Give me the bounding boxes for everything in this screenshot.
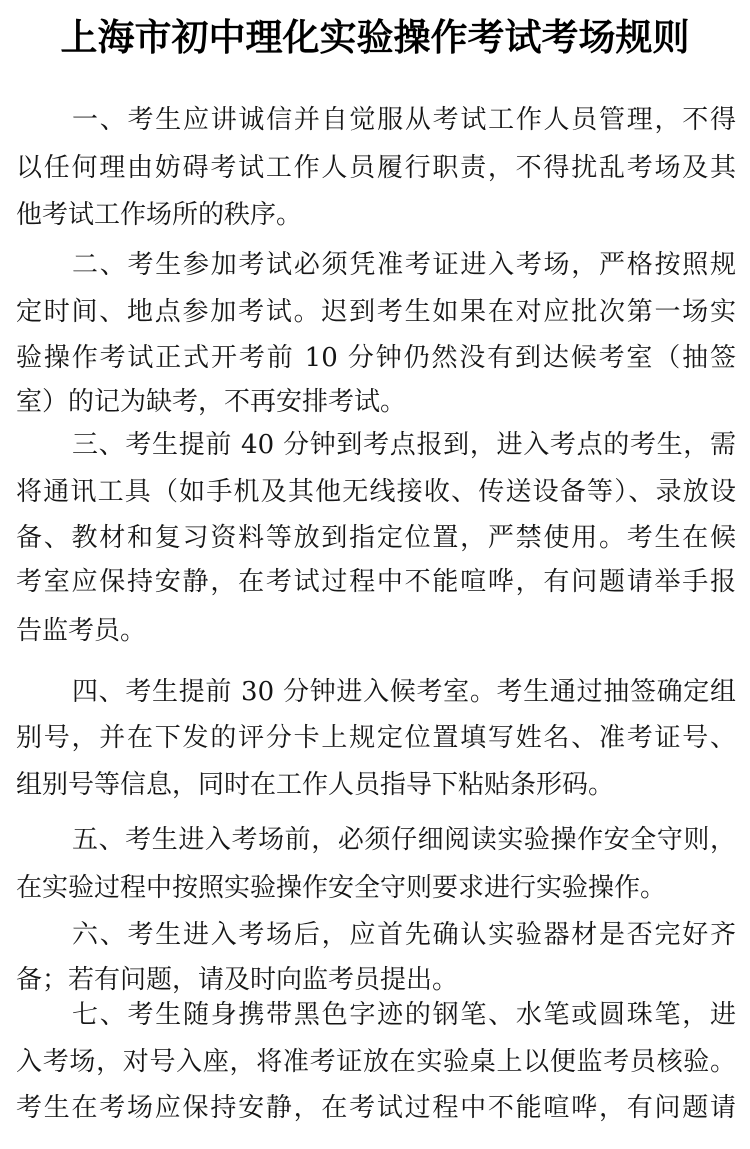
paragraph-3-line-5: 告监考员。 bbox=[16, 611, 736, 651]
paragraph-6-line-1: 六、考生进入考场后，应首先确认实验器材是否完好齐 bbox=[72, 915, 736, 955]
paragraph-5-line-1: 五、考生进入考场前，必须仔细阅读实验操作安全守则， bbox=[72, 820, 736, 860]
paragraph-2-line-1: 二、考生参加考试必须凭准考证进入考场，严格按照规 bbox=[72, 245, 736, 285]
paragraph-6-line-2: 备；若有问题，请及时向监考员提出。 bbox=[16, 960, 736, 1000]
paragraph-2-line-2: 定时间、地点参加考试。迟到考生如果在对应批次第一场实 bbox=[16, 292, 736, 332]
paragraph-7-line-2: 入考场，对号入座，将准考证放在实验桌上以便监考员核验。 bbox=[16, 1042, 736, 1082]
document-title: 上海市初中理化实验操作考试考场规则 bbox=[0, 12, 750, 62]
paragraph-3-line-3: 备、教材和复习资料等放到指定位置，严禁使用。考生在候 bbox=[16, 518, 736, 558]
paragraph-4-line-3: 组别号等信息，同时在工作人员指导下粘贴条形码。 bbox=[16, 765, 736, 805]
paragraph-1-line-1: 一、考生应讲诚信并自觉服从考试工作人员管理，不得 bbox=[72, 100, 736, 140]
paragraph-7-line-1: 七、考生随身携带黑色字迹的钢笔、水笔或圆珠笔，进 bbox=[72, 995, 736, 1035]
paragraph-3-line-2: 将通讯工具（如手机及其他无线接收、传送设备等）、录放设 bbox=[16, 472, 736, 512]
paragraph-1-line-2: 以任何理由妨碍考试工作人员履行职责，不得扰乱考场及其 bbox=[16, 148, 736, 188]
paragraph-3-line-1: 三、考生提前 40 分钟到考点报到，进入考点的考生，需 bbox=[72, 425, 736, 465]
paragraph-4-line-1: 四、考生提前 30 分钟进入候考室。考生通过抽签确定组 bbox=[72, 672, 736, 712]
paragraph-2-line-4: 室）的记为缺考，不再安排考试。 bbox=[16, 382, 736, 422]
paragraph-1-line-3: 他考试工作场所的秩序。 bbox=[16, 195, 736, 235]
paragraph-3-line-4: 考室应保持安静，在考试过程中不能喧哗，有问题请举手报 bbox=[16, 562, 736, 602]
paragraph-7-line-3: 考生在考场应保持安静，在考试过程中不能喧哗，有问题请 bbox=[16, 1088, 736, 1128]
paragraph-4-line-2: 别号，并在下发的评分卡上规定位置填写姓名、准考证号、 bbox=[16, 718, 736, 758]
paragraph-2-line-3: 验操作考试正式开考前 10 分钟仍然没有到达候考室（抽签 bbox=[16, 338, 736, 378]
paragraph-5-line-2: 在实验过程中按照实验操作安全守则要求进行实验操作。 bbox=[16, 868, 736, 908]
